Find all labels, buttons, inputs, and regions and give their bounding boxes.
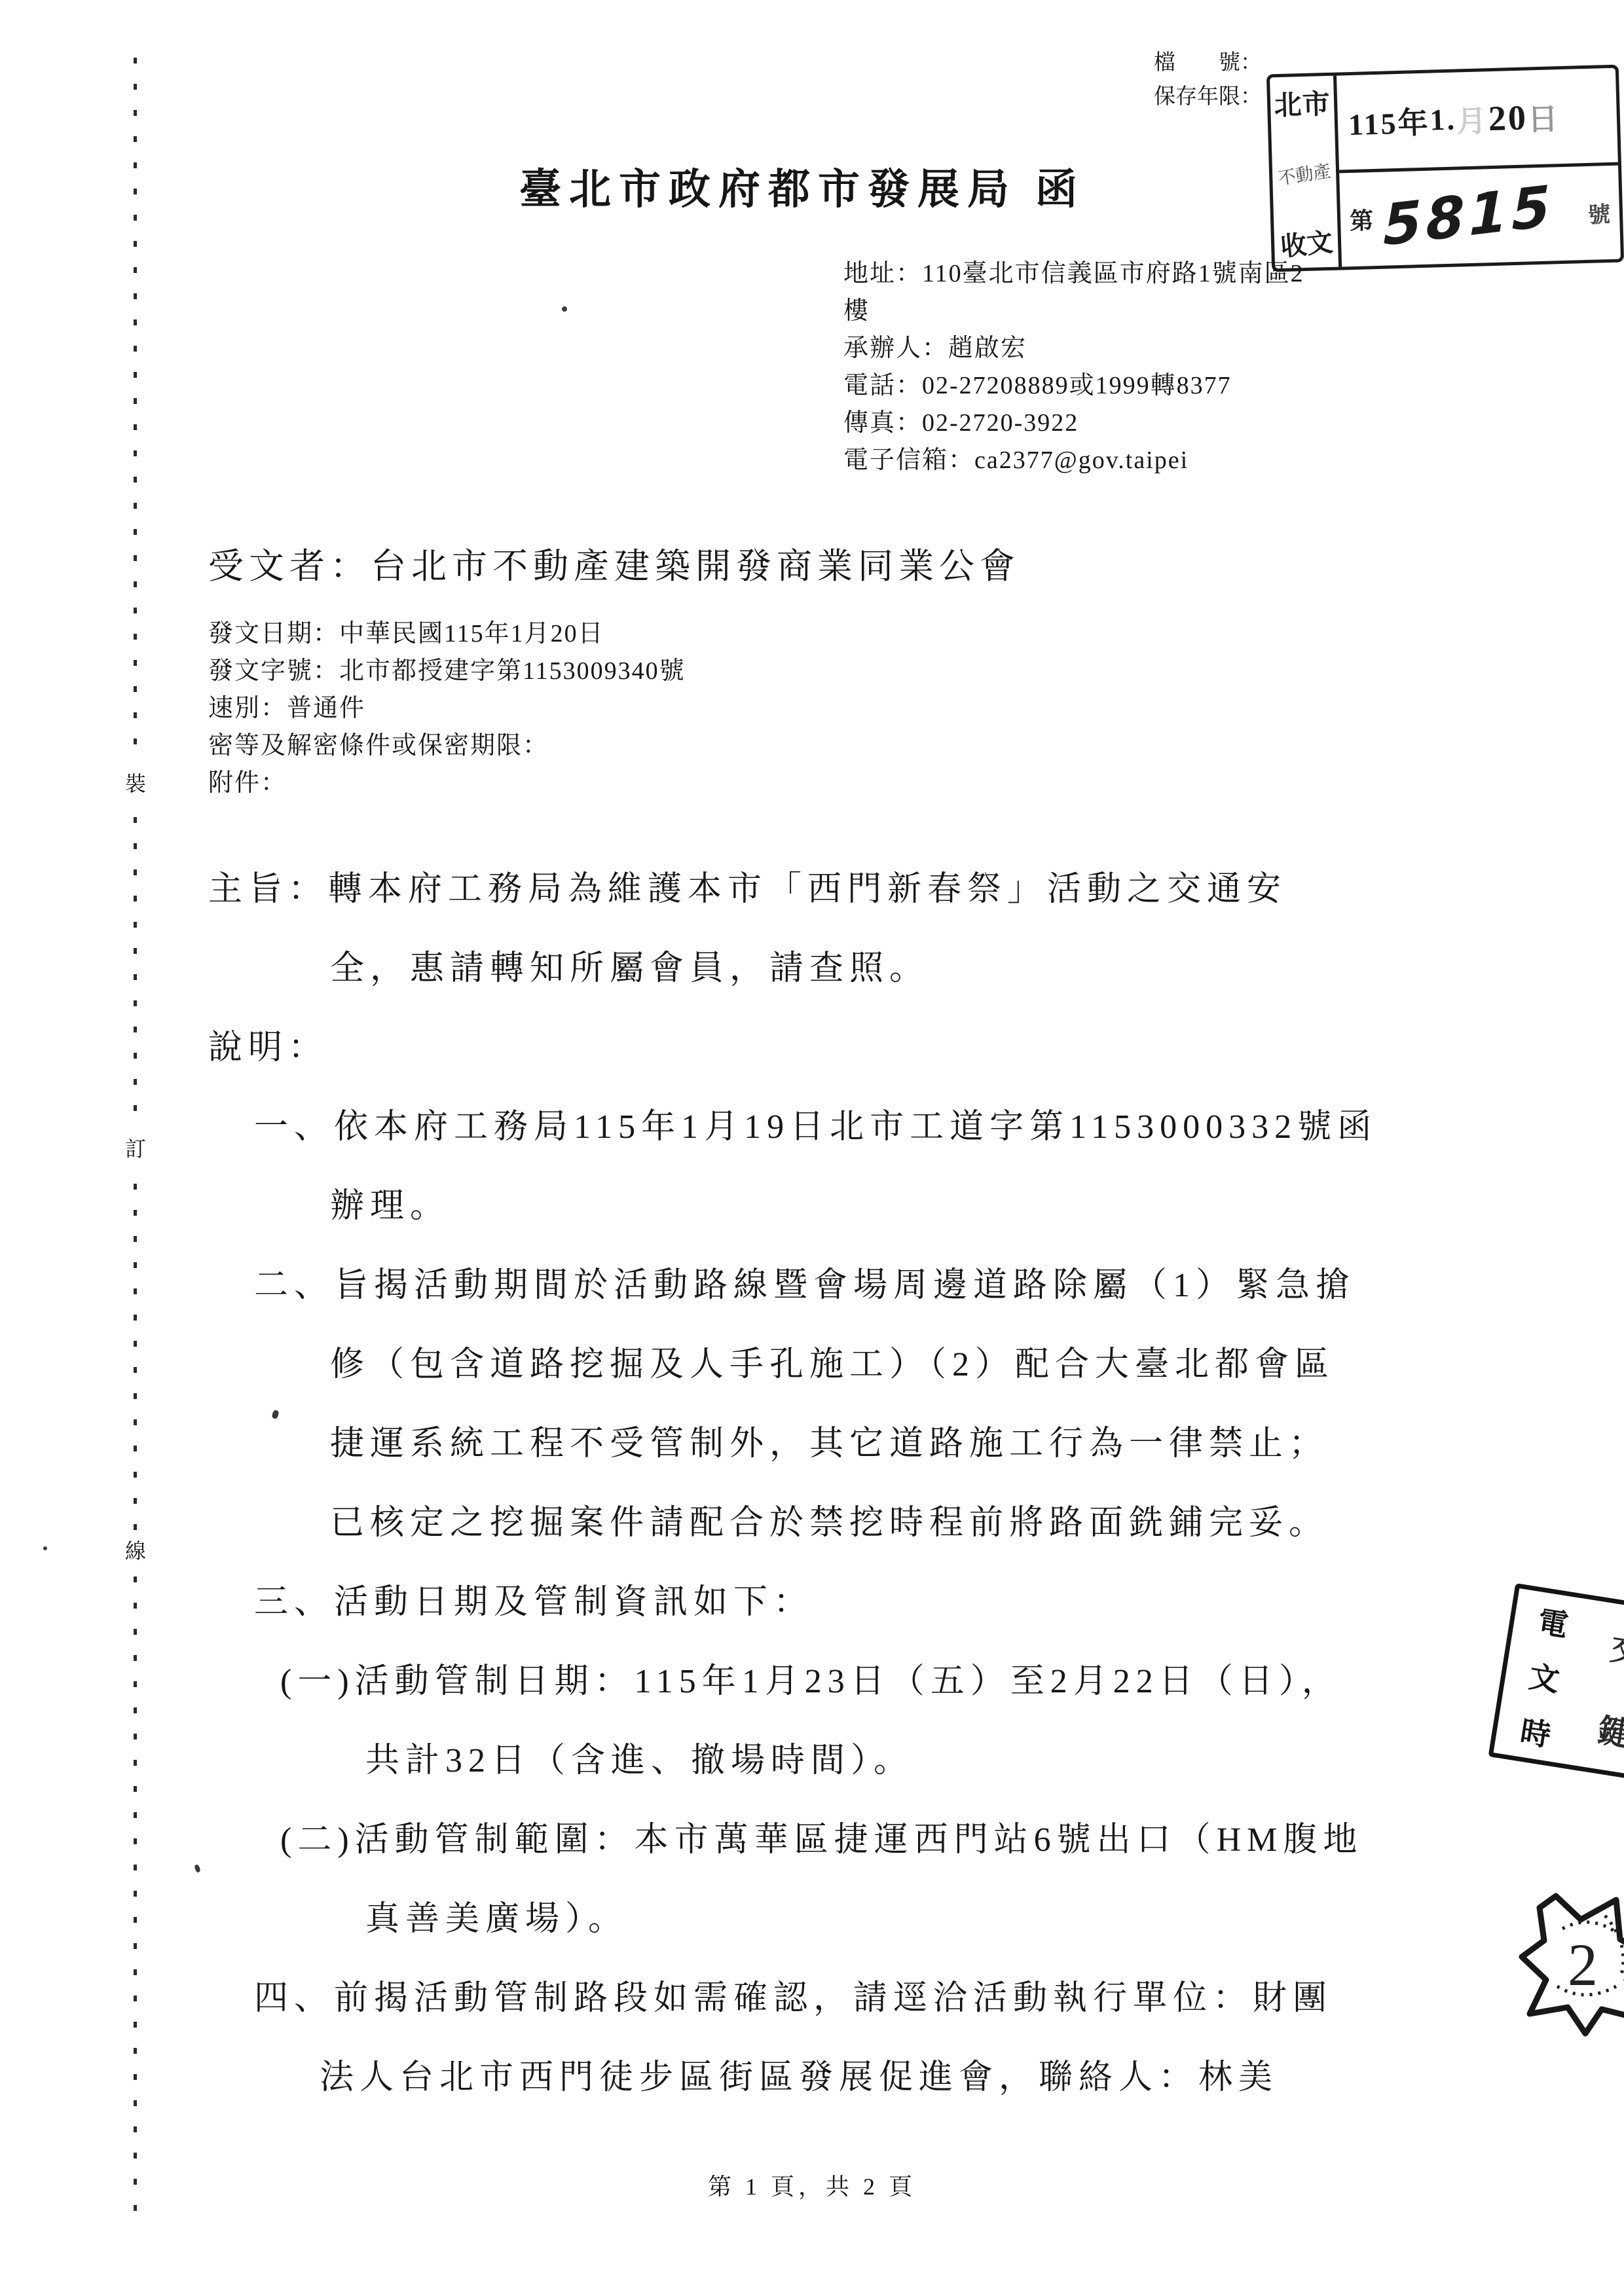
binding-char-ding: 訂 bbox=[119, 1130, 153, 1165]
retention-label: 保存年限： bbox=[1154, 80, 1262, 114]
explanation-block: 一、依本府工務局115年1月19日北市工道字第1153000332號函 辦理。 … bbox=[208, 1087, 1377, 2117]
sender-address-line1: 地址：110臺北市信義區市府路1號南區2 bbox=[843, 255, 1304, 293]
sender-contact-person: 承辦人：趙啟宏 bbox=[843, 330, 1304, 367]
body-line: 共計32日（含進、撤場時間）。 bbox=[208, 1721, 1377, 1800]
stamp-date-day-unit: 日 bbox=[1527, 95, 1560, 139]
doc-meta-block: 發文日期：中華民國115年1月20日 發文字號：北市都授建字第115300934… bbox=[208, 615, 686, 802]
document-title: 臺北市政府都市發展局 函 bbox=[519, 156, 1085, 216]
stamp-date-month-unit: 月 bbox=[1456, 97, 1489, 141]
subject-line-2: 全，惠請轉知所屬會員，請查照。 bbox=[208, 929, 1287, 1008]
doc-meta-security: 密等及解密條件或保密期限： bbox=[208, 727, 686, 765]
body-line: 三、活動日期及管制資訊如下： bbox=[208, 1563, 1377, 1642]
body-line: (二)活動管制範圍：本市萬華區捷運西門站6號出口（HM腹地 bbox=[208, 1800, 1377, 1880]
sender-fax: 傳真：02-2720-3922 bbox=[843, 405, 1304, 442]
side-stamp-char: 時 bbox=[1518, 1707, 1555, 1755]
scan-noise-dot bbox=[562, 306, 567, 312]
side-stamp-char: 文 bbox=[1526, 1653, 1563, 1700]
stamp-org-top: 北市 bbox=[1274, 82, 1331, 123]
body-line: (一)活動管制日期：115年1月23日（五）至2月22日（日）， bbox=[208, 1642, 1377, 1721]
doc-meta-speed: 速別：普通件 bbox=[208, 690, 686, 727]
sender-email: 電子信箱：ca2377@gov.taipei bbox=[843, 442, 1304, 479]
subject-block: 主旨：轉本府工務局為維護本市「西門新春祭」活動之交通安 全，惠請轉知所屬會員，請… bbox=[208, 850, 1287, 1087]
page-footer: 第 1 頁，共 2 頁 bbox=[0, 2168, 1624, 2202]
subject-line-1: 主旨：轉本府工務局為維護本市「西門新春祭」活動之交通安 bbox=[208, 850, 1287, 929]
side-stamp-char: 交 bbox=[1608, 1622, 1624, 1673]
flower-page-seal: 2 bbox=[1517, 1888, 1624, 2039]
stamp-number-prefix: 第 bbox=[1349, 202, 1373, 236]
body-line: 法人台北市西門徒步區街區發展促進會，聯絡人：林美 bbox=[208, 2038, 1377, 2117]
side-stamp-char: 電 bbox=[1535, 1598, 1572, 1645]
doc-meta-attachment: 附件： bbox=[208, 765, 686, 802]
stamp-date-year: 115年 bbox=[1348, 98, 1430, 143]
stamp-org-mid: 不動產 bbox=[1276, 156, 1333, 190]
body-line: 四、前揭活動管制路段如需確認，請逕洽活動執行單位：財團 bbox=[208, 1959, 1377, 2038]
received-stamp-right: 115年 1. 月 20 日 第 5815 號 bbox=[1337, 68, 1621, 267]
binding-char-xian: 線 bbox=[119, 1532, 153, 1567]
electronic-exchange-time-stamp: 電 文 時 交 鍵 bbox=[1488, 1583, 1624, 1782]
stamp-date-day: 20 bbox=[1488, 97, 1528, 139]
flower-seal-number: 2 bbox=[1568, 1931, 1598, 1998]
received-stamp-date: 115年 1. 月 20 日 bbox=[1337, 68, 1618, 173]
sender-address-line2: 樓 bbox=[843, 293, 1304, 330]
received-stamp-org-column: 北市 不動產 收文 bbox=[1270, 76, 1342, 269]
doc-meta-number: 發文字號：北市都授建字第1153009340號 bbox=[208, 653, 686, 690]
body-line: 二、旨揭活動期間於活動路線暨會場周邊道路除屬（1）緊急搶 bbox=[208, 1246, 1377, 1325]
stamp-number-suffix: 號 bbox=[1587, 196, 1610, 229]
body-line: 一、依本府工務局115年1月19日北市工道字第1153000332號函 bbox=[208, 1087, 1377, 1167]
side-stamp-char: 鍵 bbox=[1595, 1704, 1624, 1755]
scan-noise-dot bbox=[43, 1546, 47, 1550]
sender-info-block: 地址：110臺北市信義區市府路1號南區2 樓 承辦人：趙啟宏 電話：02-272… bbox=[843, 255, 1304, 479]
body-line: 捷運系統工程不受管制外，其它道路施工行為一律禁止； bbox=[208, 1404, 1377, 1484]
body-line: 辦理。 bbox=[208, 1167, 1377, 1246]
stamp-date-month: 1. bbox=[1430, 102, 1457, 137]
received-stamp-number: 第 5815 號 bbox=[1339, 165, 1621, 266]
body-line: 修（包含道路挖掘及人手孔施工）（2）配合大臺北都會區 bbox=[208, 1325, 1377, 1404]
received-stamp: 北市 不動產 收文 115年 1. 月 20 日 第 5815 號 bbox=[1266, 65, 1624, 272]
file-no-label: 檔 號： bbox=[1154, 46, 1262, 80]
sender-phone: 電話：02-27208889或1999轉8377 bbox=[843, 367, 1304, 405]
body-line: 真善美廣場）。 bbox=[208, 1880, 1377, 1959]
binding-char-zhuang: 裝 bbox=[119, 765, 153, 800]
body-line: 已核定之挖掘案件請配合於禁挖時程前將路面銑鋪完妥。 bbox=[208, 1484, 1377, 1563]
stamp-number-value: 5815 bbox=[1383, 206, 1555, 226]
doc-meta-date: 發文日期：中華民國115年1月20日 bbox=[208, 615, 686, 653]
recipient-line: 受文者：台北市不動產建築開發商業同業公會 bbox=[208, 538, 1020, 589]
scan-noise-dot bbox=[194, 1864, 201, 1873]
archive-labels: 檔 號： 保存年限： bbox=[1154, 46, 1262, 114]
explanation-label: 說明： bbox=[208, 1008, 1287, 1087]
scanned-letter-page: 裝 訂 線 檔 號： 保存年限： 北市 不動產 收文 115年 1. 月 20 … bbox=[0, 0, 1624, 2296]
